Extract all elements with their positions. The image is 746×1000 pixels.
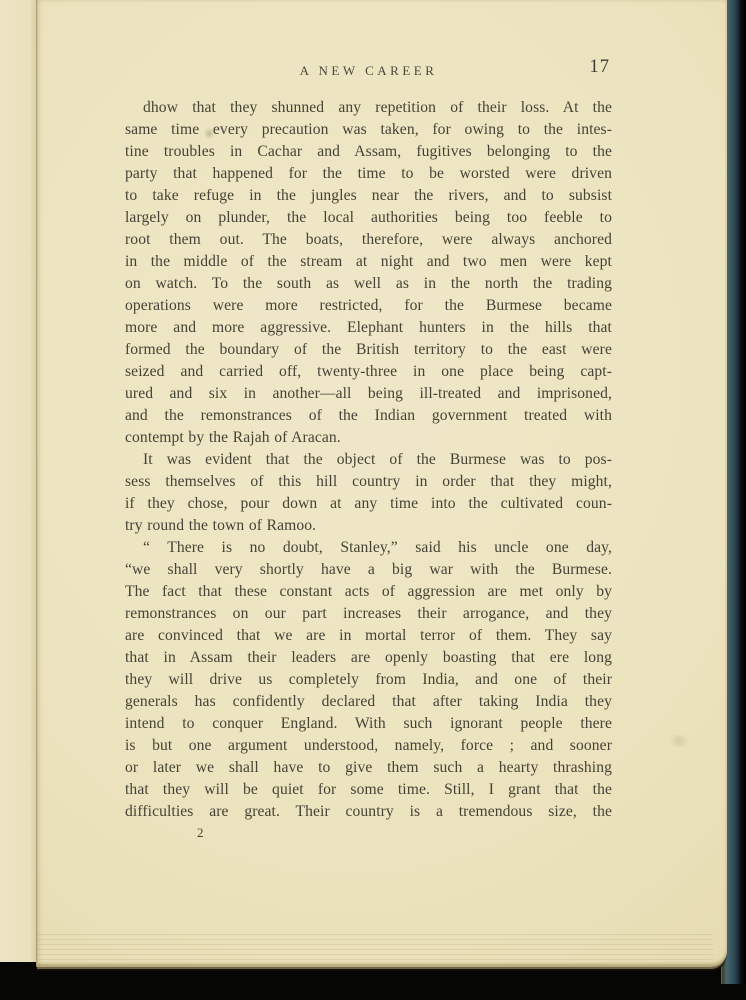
text-line: largely on plunder, the local authoritie… <box>125 207 612 229</box>
text-line: “we shall very shortly have a big war wi… <box>125 559 612 581</box>
running-head: A NEW CAREER 17 <box>125 57 612 83</box>
text-line: contempt by the Rajah of Aracan. <box>125 427 612 449</box>
text-line: generals has confidently declared that a… <box>125 691 612 713</box>
text-line: dhow that they shunned any repetition of… <box>125 97 612 119</box>
text-line: is but one argument understood, namely, … <box>125 735 612 757</box>
text-line: they will drive us completely from India… <box>125 669 612 691</box>
running-title: A NEW CAREER <box>125 63 612 79</box>
text-line: intend to conquer England. With such ign… <box>125 713 612 735</box>
text-line: if they chose, pour down at any time int… <box>125 493 612 515</box>
text-line: to take refuge in the jungles near the r… <box>125 185 612 207</box>
text-line: operations were more restricted, for the… <box>125 295 612 317</box>
text-line: The fact that these constant acts of agg… <box>125 581 612 603</box>
text-line: try round the town of Ramoo. <box>125 515 612 537</box>
book-page: A NEW CAREER 17 dhow that they shunned a… <box>36 0 727 967</box>
text-line: ured and six in another—all being ill-tr… <box>125 383 612 405</box>
text-line: that they will be quiet for some time. S… <box>125 779 612 801</box>
text-line: sess themselves of this hill country in … <box>125 471 612 493</box>
signature-mark: 2 <box>197 825 204 841</box>
underlying-page-edge <box>0 0 37 962</box>
text-line: seized and carried off, twenty-three in … <box>125 361 612 383</box>
paper-stain <box>666 735 692 747</box>
paragraph: “ There is no doubt, Stanley,” said his … <box>125 537 612 823</box>
paragraph: dhow that they shunned any repetition of… <box>125 97 612 449</box>
text-line: remonstrances on our part increases thei… <box>125 603 612 625</box>
text-line: tine troubles in Cachar and Assam, fugit… <box>125 141 612 163</box>
text-line: root them out. The boats, therefore, wer… <box>125 229 612 251</box>
text-line: are convinced that we are in mortal terr… <box>125 625 612 647</box>
body-text: dhow that they shunned any repetition of… <box>125 97 612 823</box>
paragraph: It was evident that the object of the Bu… <box>125 449 612 537</box>
text-line: more and more aggressive. Elephant hunte… <box>125 317 612 339</box>
text-line: formed the boundary of the British terri… <box>125 339 612 361</box>
text-line: and the remonstrances of the Indian gove… <box>125 405 612 427</box>
text-line: on watch. To the south as well as in the… <box>125 273 612 295</box>
text-line: or later we shall have to give them such… <box>125 757 612 779</box>
text-line: that in Assam their leaders are openly b… <box>125 647 612 669</box>
text-line: difficulties are great. Their country is… <box>125 801 612 823</box>
text-line: “ There is no doubt, Stanley,” said his … <box>125 537 612 559</box>
page-number: 17 <box>590 57 611 78</box>
text-line: same time every precaution was taken, fo… <box>125 119 612 141</box>
text-line: in the middle of the stream at night and… <box>125 251 612 273</box>
text-line: It was evident that the object of the Bu… <box>125 449 612 471</box>
text-line: party that happened for the time to be w… <box>125 163 612 185</box>
